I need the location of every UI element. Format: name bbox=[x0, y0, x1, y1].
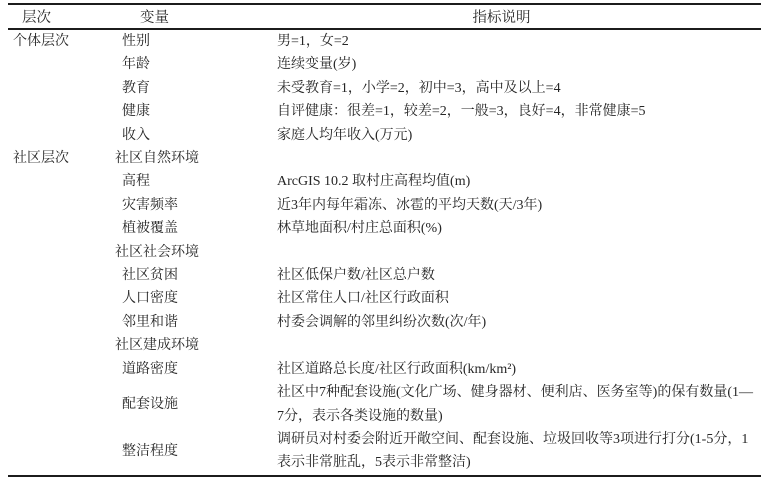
table-row: 个体层次 性别 男=1，女=2 bbox=[8, 29, 761, 53]
description-cell: ArcGIS 10.2 取村庄高程均值(m) bbox=[270, 170, 761, 193]
level-cell bbox=[8, 311, 108, 334]
variable-cell: 灾害频率 bbox=[108, 194, 270, 217]
variable-cell: 配套设施 bbox=[108, 381, 270, 428]
table-row: 教育 未受教育=1，小学=2，初中=3，高中及以上=4 bbox=[8, 77, 761, 100]
description-cell: 社区中7种配套设施(文化广场、健身器材、便利店、医务室等)的保有数量(1—7分，… bbox=[270, 381, 761, 428]
variable-cell: 社区建成环境 bbox=[108, 334, 270, 357]
col-header-variable: 变量 bbox=[108, 4, 270, 29]
description-cell bbox=[270, 334, 761, 357]
level-cell: 社区层次 bbox=[8, 147, 108, 170]
level-cell bbox=[8, 77, 108, 100]
variable-cell: 整洁程度 bbox=[108, 428, 270, 476]
table-row: 高程 ArcGIS 10.2 取村庄高程均值(m) bbox=[8, 170, 761, 193]
indicators-table: 层次 变量 指标说明 个体层次 性别 男=1，女=2 年龄 连续变量(岁) 教育… bbox=[8, 3, 761, 477]
table-row: 健康 自评健康：很差=1，较差=2，一般=3，良好=4，非常健康=5 bbox=[8, 100, 761, 123]
level-cell: 个体层次 bbox=[8, 29, 108, 53]
level-cell bbox=[8, 53, 108, 76]
description-cell bbox=[270, 241, 761, 264]
description-cell: 社区常住人口/社区行政面积 bbox=[270, 287, 761, 310]
level-cell bbox=[8, 428, 108, 476]
variable-cell: 社区自然环境 bbox=[108, 147, 270, 170]
table-header: 层次 变量 指标说明 bbox=[8, 4, 761, 29]
description-cell: 社区低保户数/社区总户数 bbox=[270, 264, 761, 287]
description-cell: 调研员对村委会附近开敞空间、配套设施、垃圾回收等3项进行打分(1-5分，1表示非… bbox=[270, 428, 761, 476]
table-row: 植被覆盖 林草地面积/村庄总面积(%) bbox=[8, 217, 761, 240]
description-cell: 林草地面积/村庄总面积(%) bbox=[270, 217, 761, 240]
variable-cell: 年龄 bbox=[108, 53, 270, 76]
variable-cell: 性别 bbox=[108, 29, 270, 53]
table-row: 社区贫困 社区低保户数/社区总户数 bbox=[8, 264, 761, 287]
table-row: 道路密度 社区道路总长度/社区行政面积(km/km²) bbox=[8, 358, 761, 381]
level-cell bbox=[8, 287, 108, 310]
level-cell bbox=[8, 217, 108, 240]
table-row: 收入 家庭人均年收入(万元) bbox=[8, 124, 761, 147]
table-row: 灾害频率 近3年内每年霜冻、冰雹的平均天数(天/3年) bbox=[8, 194, 761, 217]
description-cell: 未受教育=1，小学=2，初中=3，高中及以上=4 bbox=[270, 77, 761, 100]
level-cell bbox=[8, 381, 108, 428]
table-row: 邻里和谐 村委会调解的邻里纠纷次数(次/年) bbox=[8, 311, 761, 334]
variable-cell: 收入 bbox=[108, 124, 270, 147]
level-cell bbox=[8, 170, 108, 193]
description-cell: 近3年内每年霜冻、冰雹的平均天数(天/3年) bbox=[270, 194, 761, 217]
header-row: 层次 变量 指标说明 bbox=[8, 4, 761, 29]
description-cell: 连续变量(岁) bbox=[270, 53, 761, 76]
level-cell bbox=[8, 100, 108, 123]
table-row: 社区建成环境 bbox=[8, 334, 761, 357]
level-cell bbox=[8, 241, 108, 264]
variable-cell: 社区贫困 bbox=[108, 264, 270, 287]
variable-cell: 健康 bbox=[108, 100, 270, 123]
col-header-level: 层次 bbox=[8, 4, 108, 29]
level-cell bbox=[8, 194, 108, 217]
col-header-description: 指标说明 bbox=[270, 4, 761, 29]
level-cell bbox=[8, 124, 108, 147]
variable-cell: 人口密度 bbox=[108, 287, 270, 310]
table-body: 个体层次 性别 男=1，女=2 年龄 连续变量(岁) 教育 未受教育=1，小学=… bbox=[8, 29, 761, 476]
paper-table-page: 层次 变量 指标说明 个体层次 性别 男=1，女=2 年龄 连续变量(岁) 教育… bbox=[0, 0, 769, 481]
table-row: 配套设施 社区中7种配套设施(文化广场、健身器材、便利店、医务室等)的保有数量(… bbox=[8, 381, 761, 428]
level-cell bbox=[8, 334, 108, 357]
description-cell: 社区道路总长度/社区行政面积(km/km²) bbox=[270, 358, 761, 381]
variable-cell: 植被覆盖 bbox=[108, 217, 270, 240]
table-row: 整洁程度 调研员对村委会附近开敞空间、配套设施、垃圾回收等3项进行打分(1-5分… bbox=[8, 428, 761, 476]
variable-cell: 高程 bbox=[108, 170, 270, 193]
table-row: 年龄 连续变量(岁) bbox=[8, 53, 761, 76]
description-cell: 家庭人均年收入(万元) bbox=[270, 124, 761, 147]
level-cell bbox=[8, 264, 108, 287]
table-row: 社区社会环境 bbox=[8, 241, 761, 264]
variable-cell: 道路密度 bbox=[108, 358, 270, 381]
variable-cell: 社区社会环境 bbox=[108, 241, 270, 264]
description-cell bbox=[270, 147, 761, 170]
level-cell bbox=[8, 358, 108, 381]
variable-cell: 教育 bbox=[108, 77, 270, 100]
description-cell: 自评健康：很差=1，较差=2，一般=3，良好=4，非常健康=5 bbox=[270, 100, 761, 123]
variable-cell: 邻里和谐 bbox=[108, 311, 270, 334]
table-row: 社区层次 社区自然环境 bbox=[8, 147, 761, 170]
description-cell: 男=1，女=2 bbox=[270, 29, 761, 53]
table-row: 人口密度 社区常住人口/社区行政面积 bbox=[8, 287, 761, 310]
description-cell: 村委会调解的邻里纠纷次数(次/年) bbox=[270, 311, 761, 334]
